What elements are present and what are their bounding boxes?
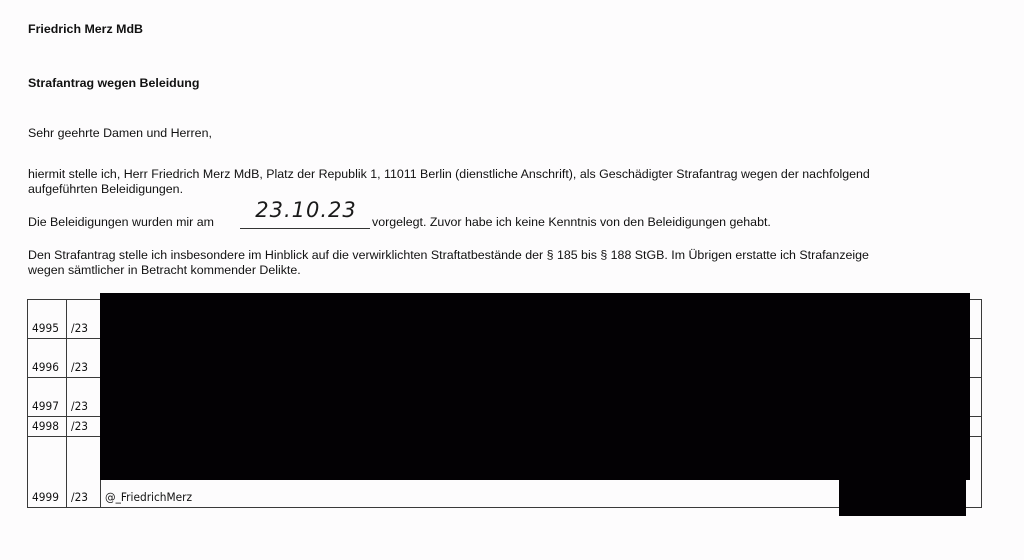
year-cell: /23 xyxy=(66,299,101,339)
redaction-block-main xyxy=(100,293,970,480)
year-cell: /23 xyxy=(66,377,101,417)
paragraph-2-after: vorgelegt. Zuvor habe ich keine Kenntnis… xyxy=(372,215,771,230)
handwritten-date: 23.10.23 xyxy=(244,197,368,223)
case-year: /23 xyxy=(71,360,88,374)
year-cell: /23 xyxy=(66,416,101,437)
paragraph-3-line-2: wegen sämtlicher in Betracht kommender D… xyxy=(28,263,301,278)
paragraph-1-line-2: aufgeführten Beleidigungen. xyxy=(28,182,183,197)
redaction-block-bottom xyxy=(839,479,966,516)
table-row: 4998 xyxy=(27,416,67,437)
case-number: 4998 xyxy=(32,419,59,433)
table-row: 4997 xyxy=(27,377,67,417)
subject-line: Strafantrag wegen Beleidung xyxy=(28,76,199,91)
salutation: Sehr geehrte Damen und Herren, xyxy=(28,126,212,141)
paragraph-1-line-1: hiermit stelle ich, Herr Friedrich Merz … xyxy=(28,167,870,182)
case-year: /23 xyxy=(71,399,88,413)
case-year: /23 xyxy=(71,490,88,504)
year-cell: /23 xyxy=(66,338,101,378)
table-row: 4999 xyxy=(27,436,67,508)
date-underline xyxy=(240,228,370,229)
sender-name: Friedrich Merz MdB xyxy=(28,22,143,37)
case-number: 4996 xyxy=(32,360,59,374)
paragraph-3-line-1: Den Strafantrag stelle ich insbesondere … xyxy=(28,248,869,263)
case-year: /23 xyxy=(71,321,88,335)
case-number: 4995 xyxy=(32,321,59,335)
case-year: /23 xyxy=(71,419,88,433)
year-cell: /23 xyxy=(66,436,101,508)
table-row: 4996 xyxy=(27,338,67,378)
paragraph-2-before: Die Beleidigungen wurden mir am xyxy=(28,215,214,230)
table-row: 4995 xyxy=(27,299,67,339)
twitter-handle: @_FriedrichMerz xyxy=(105,490,192,504)
case-number: 4997 xyxy=(32,399,59,413)
case-number: 4999 xyxy=(32,490,59,504)
